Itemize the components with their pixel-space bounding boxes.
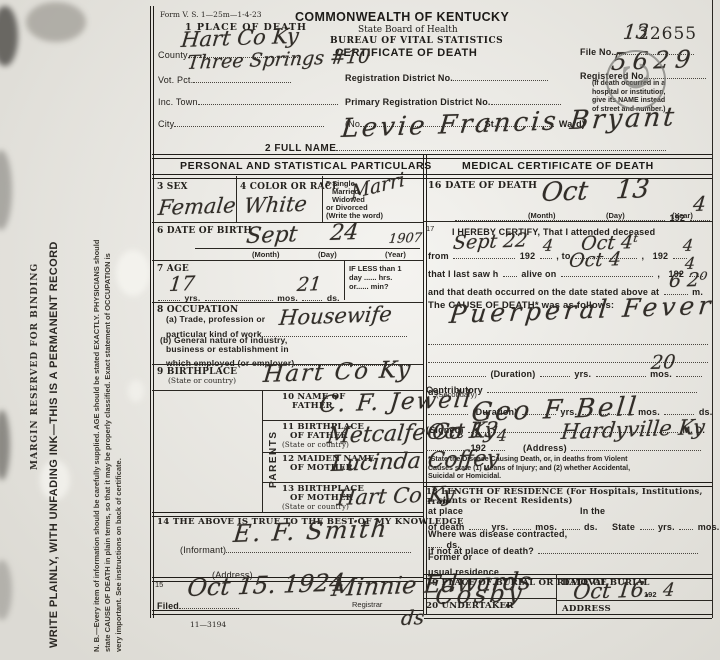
dod-day-caption: (Day) <box>606 211 625 220</box>
mos-label: mos. <box>698 522 720 532</box>
cause-footnote: *State the Disease Causing Death, or, in… <box>428 456 710 482</box>
at-place-label: at place <box>428 506 463 516</box>
ds-label: ds. <box>584 522 598 532</box>
parents-label: PARENTS <box>268 430 279 488</box>
dotted-line <box>676 367 702 377</box>
from-label: from <box>428 251 449 261</box>
if-less-line: IF LESS than 1 <box>349 264 402 273</box>
footnote-line: Suicidal or Homicidal. <box>428 473 710 482</box>
scan-smudge <box>0 410 10 480</box>
last-saw-mid: alive on <box>521 269 556 279</box>
file-no-handwritten-prefix: 13 <box>622 19 650 44</box>
attended-to-year: 4 <box>682 236 694 255</box>
year-printed: 192 <box>520 251 536 261</box>
contracted-line1: Where was disease contracted, <box>428 529 567 539</box>
race-value: White <box>243 192 308 218</box>
dod-value: Oct 13 <box>540 174 651 208</box>
dob-year-value: 1907 <box>388 231 423 247</box>
filed-number: 15 <box>155 580 163 589</box>
dod-year-caption: (Year) <box>672 211 693 220</box>
yrs-label: yrs. <box>658 522 675 532</box>
divider <box>152 154 712 159</box>
inc-town-label: Inc. Town <box>158 97 198 107</box>
comma: , <box>641 251 644 261</box>
dob-day-caption: (Day) <box>318 250 337 259</box>
vot-pct-label: Vot. Pct. <box>158 75 193 85</box>
burial-year-suffix: 4 <box>662 580 676 601</box>
board-subtitle: State Board of Health <box>358 25 458 35</box>
occupation-a-line1: (a) Trade, profession or <box>166 314 265 324</box>
undertaker-address-label: ADDRESS <box>562 604 611 614</box>
divider <box>556 600 712 601</box>
form-code: Form V. S. 1—25m—1-4-23 <box>160 10 261 19</box>
if-less-line: day ...... hrs. <box>349 273 402 282</box>
signed-address-value: Hardyville Ky <box>560 415 706 444</box>
file-no-label: File No. <box>580 47 614 57</box>
divider <box>152 260 423 261</box>
divider <box>152 610 423 615</box>
dotted-line <box>679 520 693 530</box>
dotted-line <box>336 141 666 151</box>
burial-year-printed: 192 <box>644 590 657 599</box>
divider <box>424 614 712 619</box>
dob-value: Sept 24 <box>245 220 360 249</box>
race-label: 4 COLOR OR RACE <box>240 182 339 192</box>
signed-address-label: (Address) <box>509 443 567 453</box>
birthplace-value: Hart Co Ky <box>262 357 413 388</box>
last-saw-row: that I last saw h alive on , 192 <box>428 264 703 282</box>
former-label: Former or <box>428 552 472 562</box>
marital-label-line: (Write the word) <box>326 212 383 220</box>
city-label: City <box>158 119 174 129</box>
dotted-line <box>193 73 291 83</box>
dotted-line <box>453 71 548 81</box>
margin-nb-note-line2: state CAUSE OF DEATH in plain terms, so … <box>103 253 112 652</box>
footnote-line: Causes state (1) Means of Injury; and (2… <box>428 465 710 474</box>
inc-town-row: Inc. Town <box>158 92 338 110</box>
reg-district-row: Registration District No. <box>345 68 548 86</box>
attended-from-value: Sept 22 <box>452 229 529 254</box>
death-certificate-sheet: MARGIN RESERVED FOR BINDING WRITE PLAINL… <box>0 0 720 660</box>
dod-label: 16 DATE OF DEATH <box>428 180 537 191</box>
dotted-line <box>428 367 486 377</box>
dotted-line <box>491 95 561 105</box>
dotted-line <box>664 405 694 415</box>
dotted-line <box>158 291 180 301</box>
signed-year-suffix: 4 <box>496 426 508 445</box>
margin-nb-note-line1: N. B.—Every item of information should b… <box>92 240 101 652</box>
margin-write-plainly-note: WRITE PLAINLY, WITH UNFADING INK—THIS IS… <box>48 241 60 648</box>
dotted-line <box>198 95 338 105</box>
certify-number: 17 <box>426 224 434 233</box>
duration-label: (Duration) <box>490 369 535 379</box>
dotted-line <box>540 367 570 377</box>
footnote-line: *State the Disease Causing Death, or, in… <box>428 456 710 465</box>
form-number: 11—3194 <box>190 620 226 629</box>
sex-value: Female <box>157 193 237 220</box>
sex-label: 3 SEX <box>157 182 188 192</box>
attended-from-year: 4 <box>542 236 554 255</box>
cell-border <box>344 260 345 300</box>
yrs-label: yrs. <box>574 369 591 379</box>
divider <box>424 598 556 599</box>
comma: , <box>657 269 660 279</box>
registrar-label: Registrar <box>352 600 382 609</box>
cause-duration-days-value: 20 <box>650 351 676 374</box>
dotted-line <box>455 211 665 221</box>
if-less-line: or...... min? <box>349 282 402 291</box>
scan-smudge <box>0 560 12 620</box>
informant-value: E. F. Smith <box>232 514 390 548</box>
informant-label: (Informant) <box>180 545 226 555</box>
dod-year-suffix: 4 <box>692 191 707 216</box>
scan-smudge <box>0 6 18 66</box>
occupation-value: Housewife <box>278 302 393 330</box>
dotted-line <box>538 544 698 554</box>
dotted-line <box>428 405 468 415</box>
in-the-label: In the <box>580 506 605 516</box>
parents-cell-border <box>262 390 263 512</box>
dob-year-caption: (Year) <box>385 250 406 259</box>
dotted-line <box>596 367 646 377</box>
undertaker-label: 20 UNDERTAKER <box>426 601 514 611</box>
state-label: State <box>602 522 635 532</box>
margin-binding-note: MARGIN RESERVED FOR BINDING <box>30 263 40 470</box>
signed-date-value: Oct 13 <box>426 417 499 444</box>
if-less-note: IF LESS than 1 day ...... hrs. or...... … <box>349 264 402 291</box>
dotted-line <box>640 520 654 530</box>
reg-district-label: Registration District No. <box>345 73 453 83</box>
full-name-label: 2 FULL NAME <box>265 143 336 154</box>
dob-label: 6 DATE OF BIRTH <box>157 226 252 236</box>
commonwealth-title: COMMONWEALTH OF KENTUCKY <box>295 10 509 24</box>
cell-border <box>322 176 323 222</box>
scan-smudge <box>0 150 12 230</box>
paper-flaw <box>116 250 150 296</box>
age-days-value: 21 <box>296 273 322 296</box>
margin-nb-note-line3: very important. See instructions on back… <box>114 458 123 652</box>
vot-pct-row: Vot. Pct. <box>158 70 291 88</box>
secondary-label: (Secondary) <box>436 390 477 399</box>
form-left-border <box>150 6 154 618</box>
year-printed: 192 <box>470 443 486 453</box>
divider <box>195 248 420 249</box>
bureau-subtitle: BUREAU OF VITAL STATISTICS <box>330 36 503 46</box>
handwriting-flourish: ds <box>400 605 426 630</box>
dotted-rule <box>428 332 708 350</box>
residence-label-line2: sients or Recent Residents) <box>438 495 573 505</box>
scan-smudge <box>26 2 86 42</box>
death-hour-value: 6 2⁰ <box>668 269 708 292</box>
dotted-line <box>205 291 273 301</box>
dotted-line <box>503 267 517 277</box>
birthplace-caption: (State or country) <box>168 376 236 385</box>
city-row: City <box>158 114 324 132</box>
dod-month-caption: (Month) <box>528 211 555 220</box>
year-printed: 192 <box>649 251 669 261</box>
mos-label: mos. <box>638 407 660 417</box>
last-saw-pre: that I last saw h <box>428 269 498 279</box>
dotted-line <box>487 383 697 393</box>
paper-flaw <box>128 380 144 402</box>
primary-reg-label: Primary Registration District No. <box>345 97 491 107</box>
last-saw-value: Oct 4 <box>568 248 622 272</box>
dotted-line <box>174 117 324 127</box>
dob-month-caption: (Month) <box>252 250 279 259</box>
divider <box>424 221 712 222</box>
medical-section-title: MEDICAL CERTIFICATE OF DEATH <box>462 160 654 172</box>
filed-date-value: Oct 15. 1924 <box>186 568 346 602</box>
